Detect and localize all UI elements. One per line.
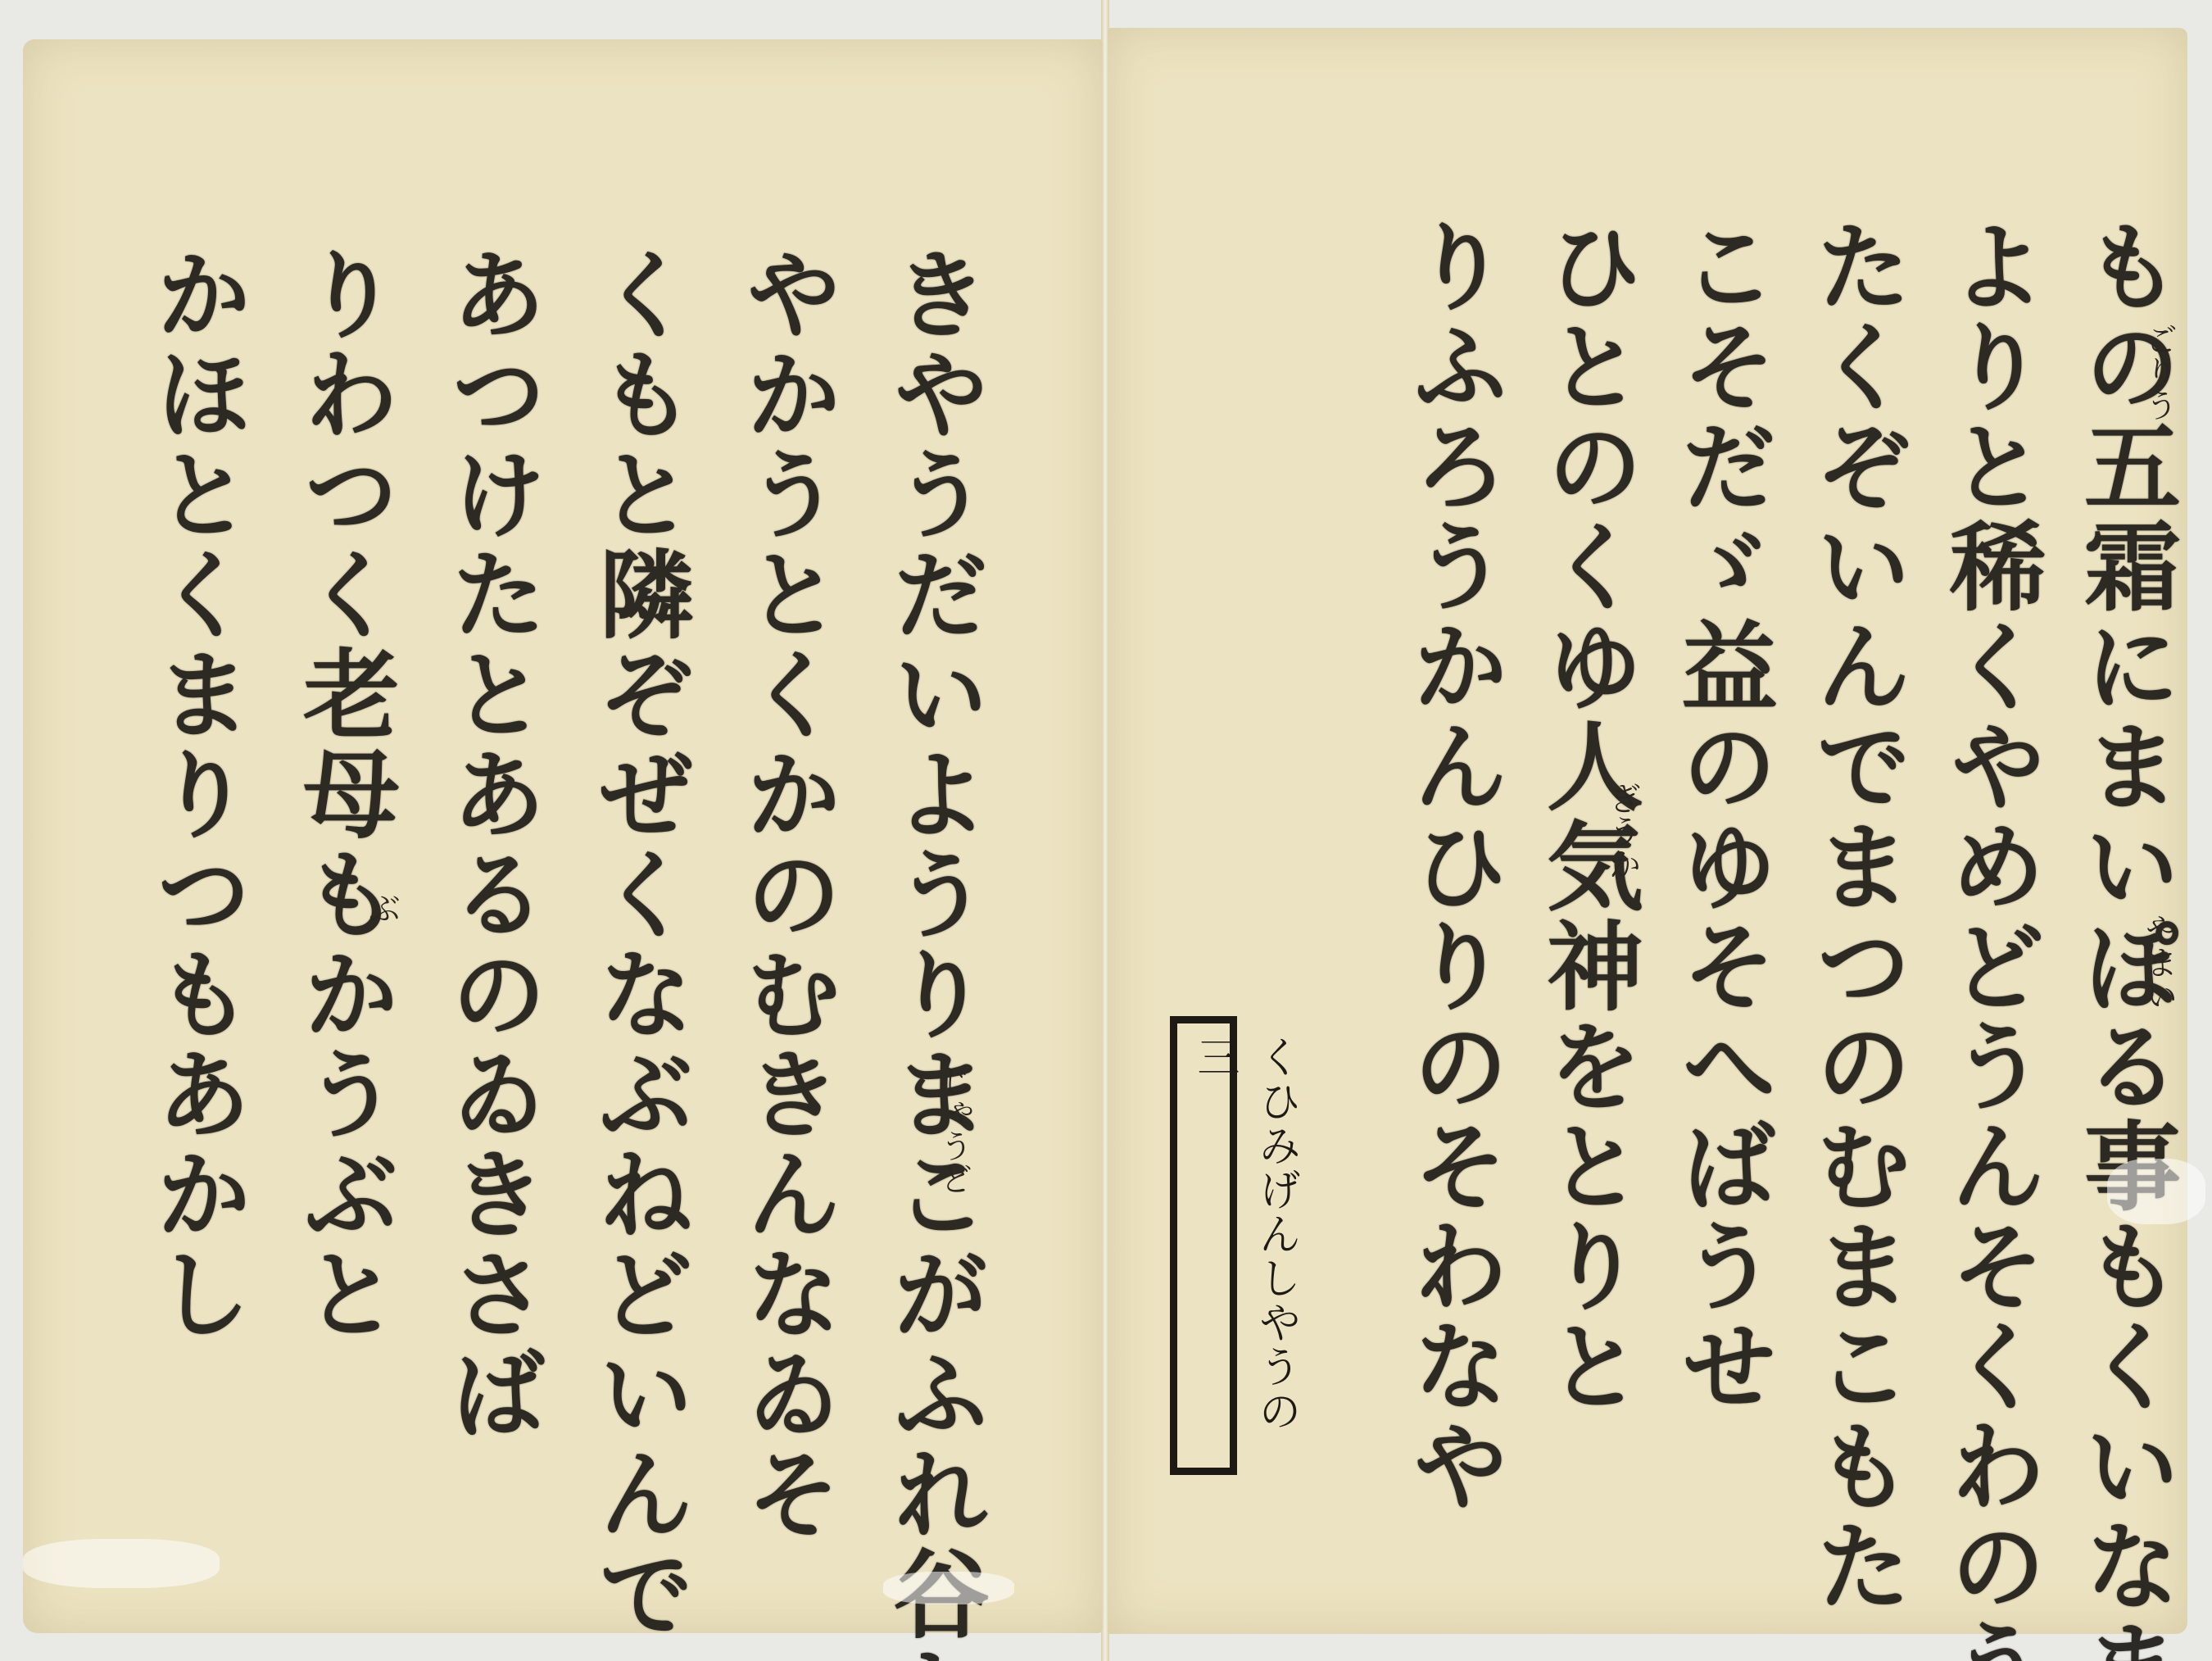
title-slip: くひみげんしやうの三 bbox=[1170, 1016, 1237, 1475]
text-column: こそだゞ益のゆそへばうせ bbox=[1635, 216, 1770, 1527]
furigana: ぎうか bbox=[1599, 782, 1646, 880]
furigana: ごりう bbox=[2136, 323, 2183, 421]
right-page-text: もの五霜にまいぽる事もくいなま よりと稀くやめどうんそくわのうこ たくぞいんでま… bbox=[1231, 216, 2173, 1527]
text-column: たくぞいんでまつのむまこもた bbox=[1770, 216, 1904, 1527]
paper-damage bbox=[23, 1539, 220, 1588]
paper-damage bbox=[2107, 1159, 2205, 1224]
text-column: きやうだいようりまこがふれ谷たつ bbox=[834, 244, 981, 1596]
text-column: よりと稀くやめどうんそくわのうこ bbox=[1904, 216, 2038, 1527]
text-column: りふろうかんひりのそわなや bbox=[1367, 216, 1501, 1527]
text-column: あつけたとあるのゐきさば bbox=[392, 244, 539, 1596]
text-column: やかうとくかのむきんなゐそ bbox=[687, 244, 834, 1596]
paper-damage bbox=[883, 1572, 1014, 1604]
left-page: きやうだいようりまこがふれ谷たつ やかうとくかのむきんなゐそ くもと隣ぞぜくなぶ… bbox=[23, 39, 1103, 1633]
title-slip-text: くひみげんしやうの三 bbox=[1184, 1035, 1307, 1468]
text-column: くもと隣ぞぜくなぶねどいんで bbox=[539, 244, 687, 1596]
text-column: かほとくまりつもあかし bbox=[97, 244, 244, 1596]
furigana: ぶ bbox=[359, 892, 406, 924]
left-page-text: きやうだいようりまこがふれ谷たつ やかうとくかのむきんなゐそ くもと隣ぞぜくなぶ… bbox=[97, 244, 981, 1596]
furigana: やまい bbox=[2136, 913, 2183, 1011]
furigana: じゃうど bbox=[931, 1064, 977, 1195]
